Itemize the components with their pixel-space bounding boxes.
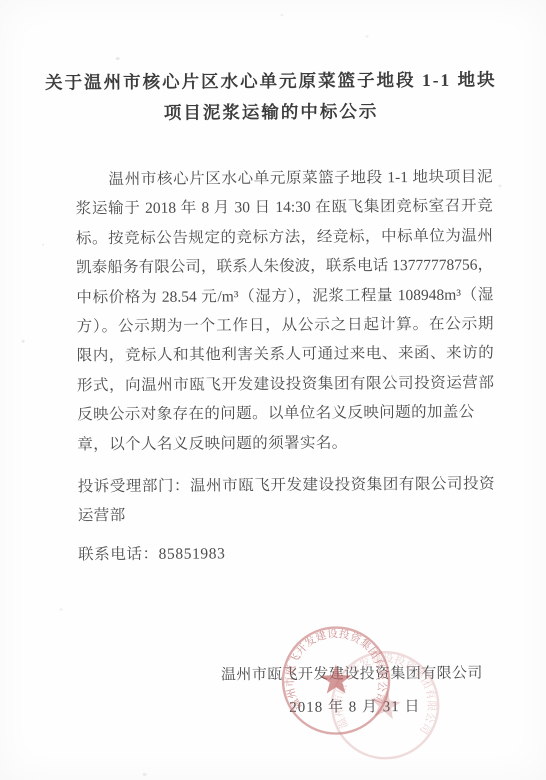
complaint-line-2: 运营部 — [78, 499, 495, 531]
scan-noise-speck — [499, 184, 502, 187]
scan-noise-speck — [116, 57, 120, 60]
document-title: 关于温州市核心片区水心单元原菜篮子地段 1-1 地块 项目泥浆运输的中标公示 — [18, 64, 524, 130]
official-seal: 温州市瓯飞开发建设投资集团有限公司 — [241, 597, 472, 780]
scan-noise-speck — [366, 35, 369, 37]
title-line-2: 项目泥浆运输的中标公示 — [18, 95, 524, 130]
scan-noise-speck — [22, 340, 25, 343]
body-line: 中标价格为 28.54 元/m³（湿方），泥浆工程量 108948m³（湿 — [76, 280, 493, 312]
body-line: 章，以个人名义反映问题的须署实名。 — [77, 427, 494, 459]
scanned-document-page: 关于温州市核心片区水心单元原菜篮子地段 1-1 地块 项目泥浆运输的中标公示 温… — [0, 0, 546, 780]
body-paragraph: 温州市核心片区水心单元原菜篮子地段 1-1 地块项目泥 浆运输于 2018 年 … — [75, 162, 494, 459]
complaint-department: 投诉受理部门：温州市瓯飞开发建设投资集团有限公司投资 运营部 — [78, 469, 495, 531]
seal-second-impression — [326, 645, 445, 765]
complaint-line-1: 投诉受理部门：温州市瓯飞开发建设投资集团有限公司投资 — [78, 469, 495, 501]
body-line: 温州市核心片区水心单元原菜篮子地段 1-1 地块项目泥 — [75, 162, 492, 194]
body-line: 反映公示对象存在的问题。以单位名义反映问题的加盖公 — [77, 398, 494, 430]
body-line: 浆运输于 2018 年 8 月 30 日 14:30 在瓯飞集团竞标室召开竞 — [76, 192, 493, 224]
body-line: 形式，向温州市瓯飞开发建设投资集团有限公司投资运营部 — [77, 368, 494, 400]
body-line: 凯泰船务有限公司，联系人朱俊波，联系电话 13777778756， — [76, 251, 493, 283]
scan-noise-speck — [280, 14, 283, 16]
title-line-1: 关于温州市核心片区水心单元原菜篮子地段 1-1 地块 — [18, 64, 524, 99]
body-line: 限内，竞标人和其他利害关系人可通过来电、来函、来访的 — [77, 339, 494, 371]
body-line: 标。按竞标公告规定的竞标方法，经竞标，中标单位为温州 — [76, 221, 493, 253]
scan-content: 关于温州市核心片区水心单元原菜篮子地段 1-1 地块 项目泥浆运输的中标公示 温… — [0, 0, 546, 780]
scan-noise-speck — [143, 773, 147, 776]
scan-noise-speck — [42, 244, 44, 246]
scan-noise-speck — [60, 608, 63, 610]
body-line: 方）。公示期为一个工作日，从公示之日起计算。在公示期 — [76, 309, 493, 341]
contact-phone: 联系电话：85851983 — [78, 539, 495, 564]
